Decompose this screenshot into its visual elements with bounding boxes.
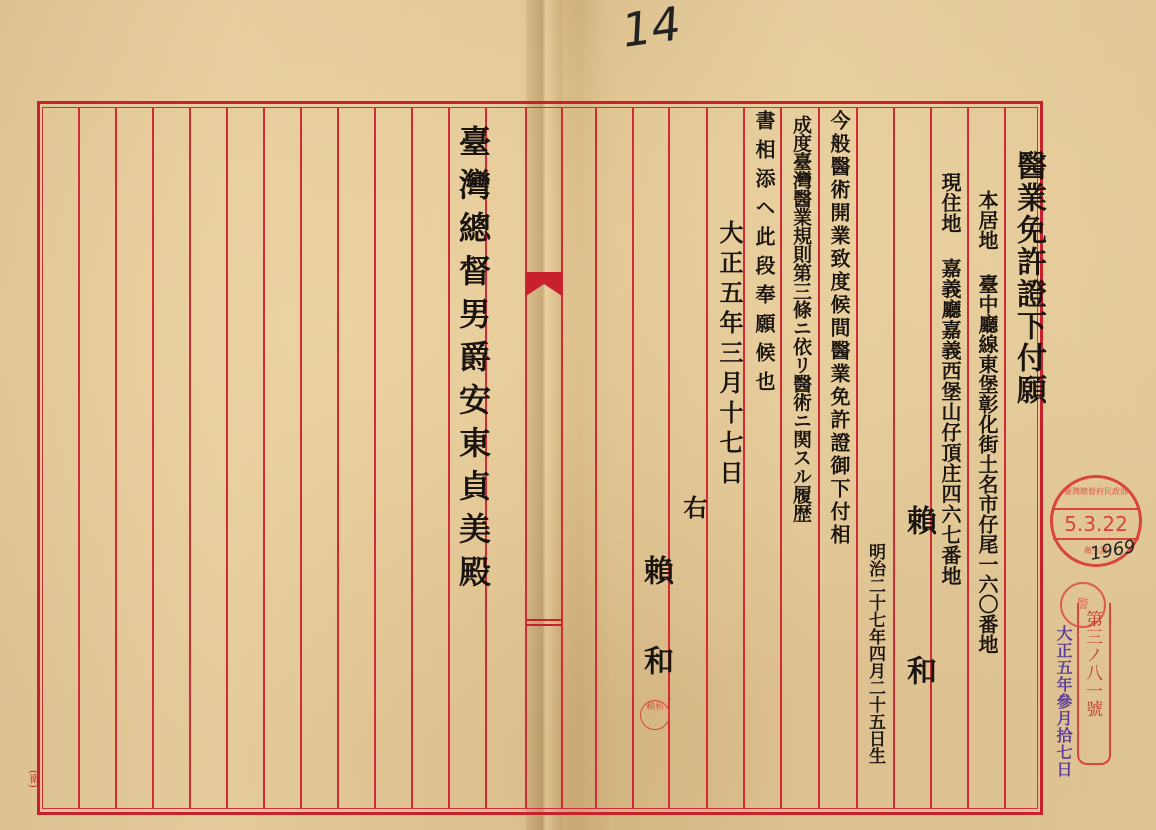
- body-line-1: 今般醫術開業致度候間醫業免許證御下付相: [825, 110, 854, 547]
- application-date: 大正五年三月十七日: [712, 220, 747, 490]
- birth-date: 明治二十七年四月二十五日生: [863, 543, 888, 764]
- personal-seal: 賴和: [640, 700, 670, 730]
- permanent-address: 本居地 臺中廳線東堡彰化街土名市仔尾一六〇番地: [973, 190, 1002, 654]
- page-number: 14: [619, 0, 684, 58]
- signature-surname: 賴: [633, 555, 677, 587]
- inner-border: [42, 107, 1038, 809]
- body-line-3: 書相添ヘ此段奉願候也: [750, 110, 779, 400]
- current-address: 現住地 嘉義廳嘉義西堡山仔頂庄四六七番地: [936, 172, 965, 586]
- signature-given-name: 和: [633, 645, 677, 677]
- document-title: 醫業免許證下付願: [1006, 150, 1050, 406]
- body-line-2: 成度臺灣醫業規則第三條ニ依リ醫術ニ関スル履歴: [788, 115, 815, 522]
- received-date-stamp: 大正五年參月拾七日: [1052, 625, 1075, 778]
- signature-prefix: 右: [676, 495, 711, 521]
- addressee: 臺灣總督男爵安東貞美殿: [450, 125, 496, 598]
- receipt-stamp-issuer: 臺灣總督府民政部: [1061, 486, 1131, 497]
- margin-mark: (衛): [25, 770, 40, 788]
- fishtail-ornament: [526, 272, 562, 296]
- registry-number: 第三ノ八一號: [1080, 610, 1105, 718]
- receipt-stamp-date: 5.3.22: [1053, 508, 1139, 540]
- applicant-name: 賴 和: [896, 505, 940, 705]
- center-double-line: [526, 619, 562, 621]
